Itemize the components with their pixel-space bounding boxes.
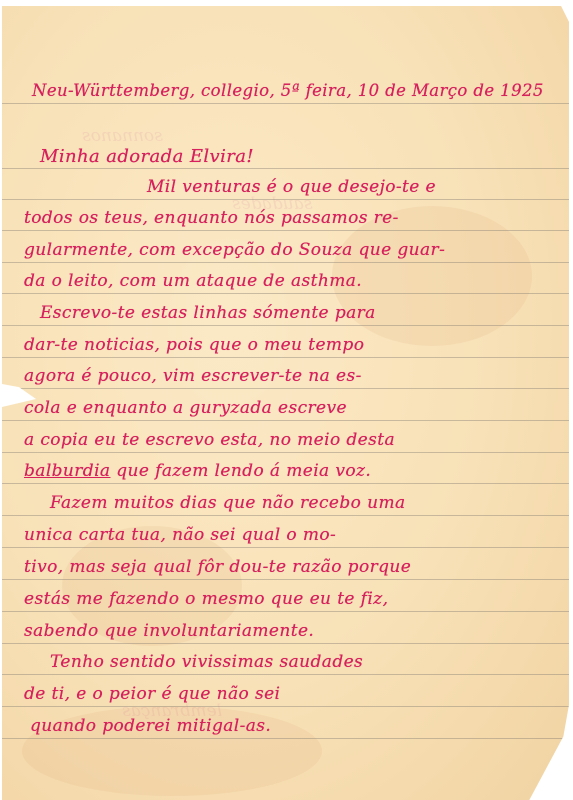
ruled-line (2, 168, 569, 169)
ruled-line (2, 452, 569, 453)
ruled-line (2, 388, 569, 389)
ruled-line (2, 103, 569, 104)
ruled-line (2, 293, 569, 294)
letter-line: Escrevo-te estas linhas sómente para (40, 303, 569, 323)
letter-line: cola e enquanto a guryzada escreve (24, 398, 569, 418)
ruled-line (2, 199, 569, 200)
ruled-line (2, 230, 569, 231)
ruled-line (2, 674, 569, 675)
letter-line: agora é pouco, vim escrever-te na es- (24, 366, 569, 386)
ruled-line (2, 547, 569, 548)
ruled-line (2, 483, 569, 484)
ruled-line (2, 611, 569, 612)
letter-line: estás me fazendo o mesmo que eu te fiz, (24, 589, 569, 609)
letter-line: a copia eu te escrevo esta, no meio dest… (24, 430, 569, 450)
ruled-line (2, 706, 569, 707)
letter-line: dar-te noticias, pois que o meu tempo (24, 335, 569, 355)
ruled-line (2, 515, 569, 516)
ruled-line (2, 420, 569, 421)
letter-line: de ti, e o peior é que não sei (24, 684, 569, 704)
letter-line: sabendo que involuntariamente. (24, 621, 569, 641)
letter-line: Fazem muitos dias que não recebo uma (50, 493, 569, 513)
letter-line: quando poderei mitigal-as. (30, 716, 569, 736)
letter-line: balburdia que fazem lendo á meia voz. (24, 461, 569, 481)
ruled-line (2, 643, 569, 644)
letter-line-rest: que fazem lendo á meia voz. (110, 461, 371, 481)
letter-line: gularmente, com excepção do Souza que gu… (24, 240, 569, 260)
ruled-line (2, 738, 569, 739)
ruled-line (2, 357, 569, 358)
letter-line: da o leito, com um ataque de asthma. (24, 271, 569, 291)
letter-heading: Neu-Württemberg, collegio, 5ª feira, 10 … (32, 81, 569, 100)
ruled-line (2, 579, 569, 580)
ruled-line (2, 262, 569, 263)
letter-line: tivo, mas seja qual fôr dou-te razão por… (24, 557, 569, 577)
letter-line: unica carta tua, não sei qual o mo- (24, 525, 569, 545)
letter-line: todos os teus, enquanto nós passamos re- (24, 208, 569, 228)
underlined-word: balburdia (24, 461, 110, 481)
letter-line: Mil venturas é o que desejo-te e (147, 177, 569, 197)
ruled-line (2, 325, 569, 326)
letter-line: Tenho sentido vivissimas saudades (50, 652, 569, 672)
letter-page: sonnanos saudades lembranças Neu-Württem… (2, 6, 569, 800)
bleed-through-text: sonnanos (82, 126, 163, 146)
letter-salutation: Minha adorada Elvira! (40, 146, 569, 167)
